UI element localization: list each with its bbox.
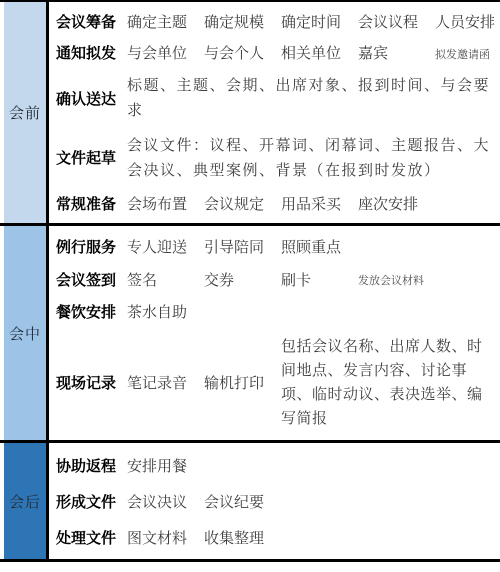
task-row: 现场记录笔记录音输机打印包括会议名称、出席人数、时间地点、发言内容、讨论事项、临… — [56, 334, 496, 430]
category-label: 餐饮安排 — [56, 301, 127, 322]
task-item: 刷卡 — [281, 269, 358, 290]
category-label: 例行服务 — [56, 236, 127, 257]
task-item: 相关单位 — [281, 42, 358, 63]
task-row: 确认送达标题、主题、会期、出席对象、报到时间、与会要求 — [56, 73, 496, 123]
task-items: 安排用餐 — [127, 455, 496, 476]
task-item: 会场布置 — [127, 193, 204, 214]
task-item: 与会单位 — [127, 42, 204, 63]
task-item: 引导陪同 — [204, 236, 281, 257]
task-item: 确定时间 — [281, 11, 358, 32]
task-item: 会议规定 — [204, 193, 281, 214]
task-item: 座次安排 — [358, 193, 435, 214]
task-row: 会议签到签名交券刷卡发放会议材料 — [56, 269, 496, 290]
task-item: 嘉宾 — [358, 42, 435, 63]
task-items: 笔记录音输机打印包括会议名称、出席人数、时间地点、发言内容、讨论事项、临时动议、… — [127, 334, 496, 430]
phase-section-post: 会后协助返程安排用餐形成文件会议决议会议纪要处理文件图文材料收集整理 — [0, 440, 500, 559]
category-label: 会议筹备 — [56, 11, 127, 32]
task-item: 用品采买 — [281, 193, 358, 214]
task-item: 输机打印 — [204, 372, 281, 393]
task-items: 确定主题确定规模确定时间会议议程人员安排 — [127, 11, 496, 32]
task-item: 与会个人 — [204, 42, 281, 63]
category-label: 常规准备 — [56, 193, 127, 214]
task-item: 收集整理 — [204, 527, 281, 548]
task-items: 茶水自助 — [127, 301, 496, 322]
task-item: 标题、主题、会期、出席对象、报到时间、与会要求 — [127, 73, 496, 123]
section-content: 协助返程安排用餐形成文件会议决议会议纪要处理文件图文材料收集整理 — [46, 443, 500, 559]
task-items: 会场布置会议规定用品采买座次安排 — [127, 193, 496, 214]
task-row: 处理文件图文材料收集整理 — [56, 527, 496, 548]
category-label: 文件起草 — [56, 147, 127, 168]
task-item: 确定主题 — [127, 11, 204, 32]
category-label: 形成文件 — [56, 491, 127, 512]
task-items: 标题、主题、会期、出席对象、报到时间、与会要求 — [127, 73, 496, 123]
task-item: 签名 — [127, 269, 204, 290]
task-item: 图文材料 — [127, 527, 204, 548]
task-row: 常规准备会场布置会议规定用品采买座次安排 — [56, 193, 496, 214]
section-content: 例行服务专人迎送引导陪同照顾重点会议签到签名交券刷卡发放会议材料餐饮安排茶水自助… — [46, 226, 500, 440]
task-item: 照顾重点 — [281, 236, 358, 257]
task-item: 茶水自助 — [127, 301, 204, 322]
task-items: 与会单位与会个人相关单位嘉宾拟发邀请函 — [127, 42, 496, 63]
task-item: 会议纪要 — [204, 491, 281, 512]
category-label: 现场记录 — [56, 372, 127, 393]
phase-bar-post: 会后 — [4, 443, 46, 559]
phase-section-mid: 会中例行服务专人迎送引导陪同照顾重点会议签到签名交券刷卡发放会议材料餐饮安排茶水… — [0, 223, 500, 440]
phase-label: 会前 — [9, 102, 41, 123]
task-row: 通知拟发与会单位与会个人相关单位嘉宾拟发邀请函 — [56, 42, 496, 63]
task-item: 确定规模 — [204, 11, 281, 32]
section-content: 会议筹备确定主题确定规模确定时间会议议程人员安排通知拟发与会单位与会个人相关单位… — [46, 2, 500, 223]
task-item: 会议决议 — [127, 491, 204, 512]
task-item: 人员安排 — [435, 11, 500, 32]
category-label: 确认送达 — [56, 88, 127, 109]
task-item: 安排用餐 — [127, 455, 204, 476]
task-item: 交券 — [204, 269, 281, 290]
phase-label: 会后 — [9, 491, 41, 512]
task-item: 会议文件：议程、开幕词、闭幕词、主题报告、大会决议、典型案例、背景（在报到时发放… — [127, 133, 496, 183]
task-items: 签名交券刷卡发放会议材料 — [127, 269, 496, 290]
task-row: 形成文件会议决议会议纪要 — [56, 491, 496, 512]
task-item: 包括会议名称、出席人数、时间地点、发言内容、讨论事项、临时动议、表决选举、编写简… — [281, 334, 493, 430]
phase-bar-mid: 会中 — [4, 226, 46, 440]
phase-bar-pre: 会前 — [4, 2, 46, 223]
phase-section-pre: 会前会议筹备确定主题确定规模确定时间会议议程人员安排通知拟发与会单位与会个人相关… — [0, 2, 500, 223]
task-item: 会议议程 — [358, 11, 435, 32]
task-row: 协助返程安排用餐 — [56, 455, 496, 476]
task-items: 专人迎送引导陪同照顾重点 — [127, 236, 496, 257]
task-item: 专人迎送 — [127, 236, 204, 257]
task-row: 例行服务专人迎送引导陪同照顾重点 — [56, 236, 496, 257]
category-label: 通知拟发 — [56, 42, 127, 63]
task-items: 会议决议会议纪要 — [127, 491, 496, 512]
task-item: 拟发邀请函 — [435, 44, 490, 62]
category-label: 会议签到 — [56, 269, 127, 290]
task-row: 文件起草会议文件：议程、开幕词、闭幕词、主题报告、大会决议、典型案例、背景（在报… — [56, 133, 496, 183]
meeting-workflow-table: 会前会议筹备确定主题确定规模确定时间会议议程人员安排通知拟发与会单位与会个人相关… — [0, 0, 500, 572]
phase-label: 会中 — [9, 323, 41, 344]
category-label: 协助返程 — [56, 455, 127, 476]
task-row: 会议筹备确定主题确定规模确定时间会议议程人员安排 — [56, 11, 496, 32]
task-items: 图文材料收集整理 — [127, 527, 496, 548]
task-item: 笔记录音 — [127, 372, 204, 393]
category-label: 处理文件 — [56, 527, 127, 548]
task-items: 会议文件：议程、开幕词、闭幕词、主题报告、大会决议、典型案例、背景（在报到时发放… — [127, 133, 496, 183]
task-row: 餐饮安排茶水自助 — [56, 301, 496, 322]
task-item: 发放会议材料 — [358, 270, 424, 288]
